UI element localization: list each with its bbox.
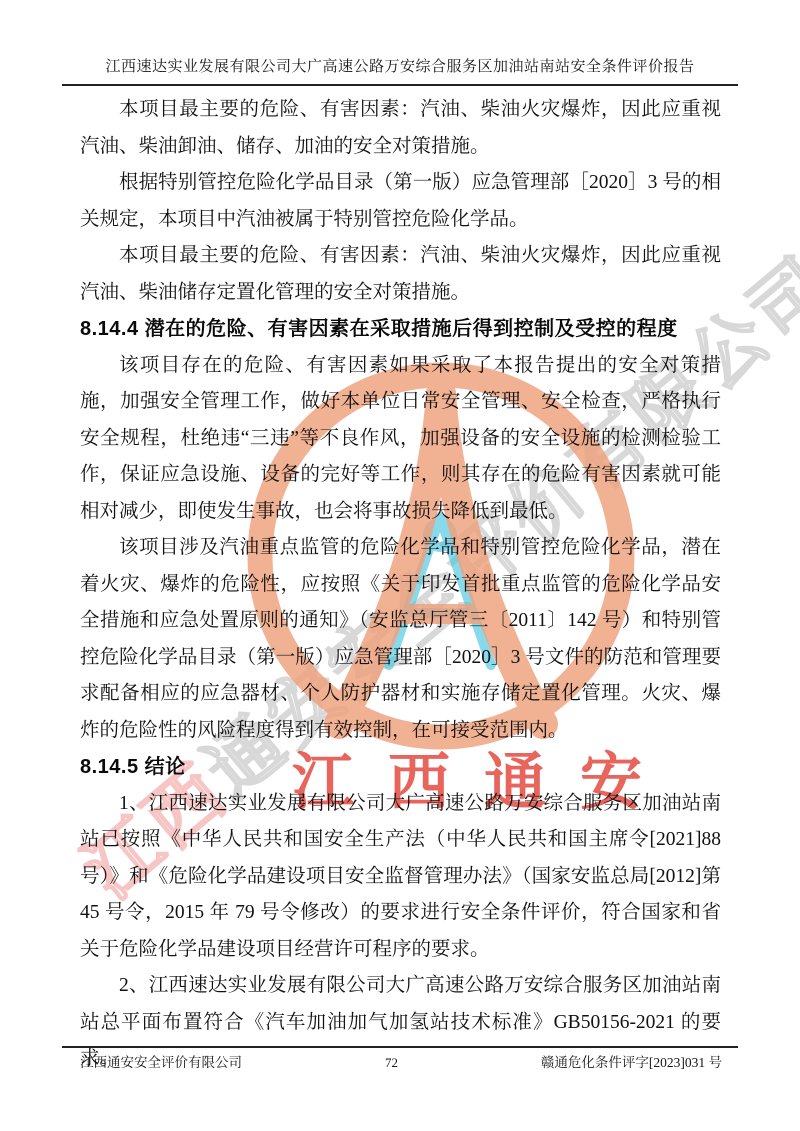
paragraph: 1、江西速达实业发展有限公司大广高速公路万安综合服务区加油站南站已按照《中华人民… <box>80 786 721 969</box>
footer-rule <box>62 1046 738 1048</box>
page-footer: 江西通安安全评价有限公司 72 赣通危化条件评字[2023]031 号 <box>80 1051 722 1071</box>
footer-doc-number: 赣通危化条件评字[2023]031 号 <box>541 1051 722 1071</box>
paragraph: 本项目最主要的危险、有害因素：汽油、柴油火灾爆炸，因此应重视汽油、柴油储存定置化… <box>80 238 721 311</box>
paragraph: 该项目存在的危险、有害因素如果采取了本报告提出的安全对策措施，加强安全管理工作，… <box>80 348 721 531</box>
section-heading-8-14-5: 8.14.5 结论 <box>80 749 721 786</box>
header-rule <box>62 84 738 86</box>
document-body: 本项目最主要的危险、有害因素：汽油、柴油火灾爆炸，因此应重视汽油、柴油卸油、储存… <box>80 92 721 1078</box>
paragraph: 本项目最主要的危险、有害因素：汽油、柴油火灾爆炸，因此应重视汽油、柴油卸油、储存… <box>80 92 721 165</box>
page-header-title: 江西速达实业发展有限公司大广高速公路万安综合服务区加油站南站安全条件评价报告 <box>0 55 800 76</box>
paragraph: 根据特别管控危险化学品目录（第一版）应急管理部［2020］3 号的相关规定，本项… <box>80 165 721 238</box>
paragraph: 该项目涉及汽油重点监管的危险化学品和特别管控危险化学品，潜在着火灾、爆炸的危险性… <box>80 530 721 749</box>
footer-company: 江西通安安全评价有限公司 <box>80 1051 242 1071</box>
report-page: 江西通安安全评价有限公司 江西通安 江西速达实业发展有限公司大广高速公路万安综合… <box>0 0 800 1131</box>
section-heading-8-14-4: 8.14.4 潜在的危险、有害因素在采取措施后得到控制及受控的程度 <box>80 311 721 348</box>
footer-page-number: 72 <box>385 1055 398 1071</box>
